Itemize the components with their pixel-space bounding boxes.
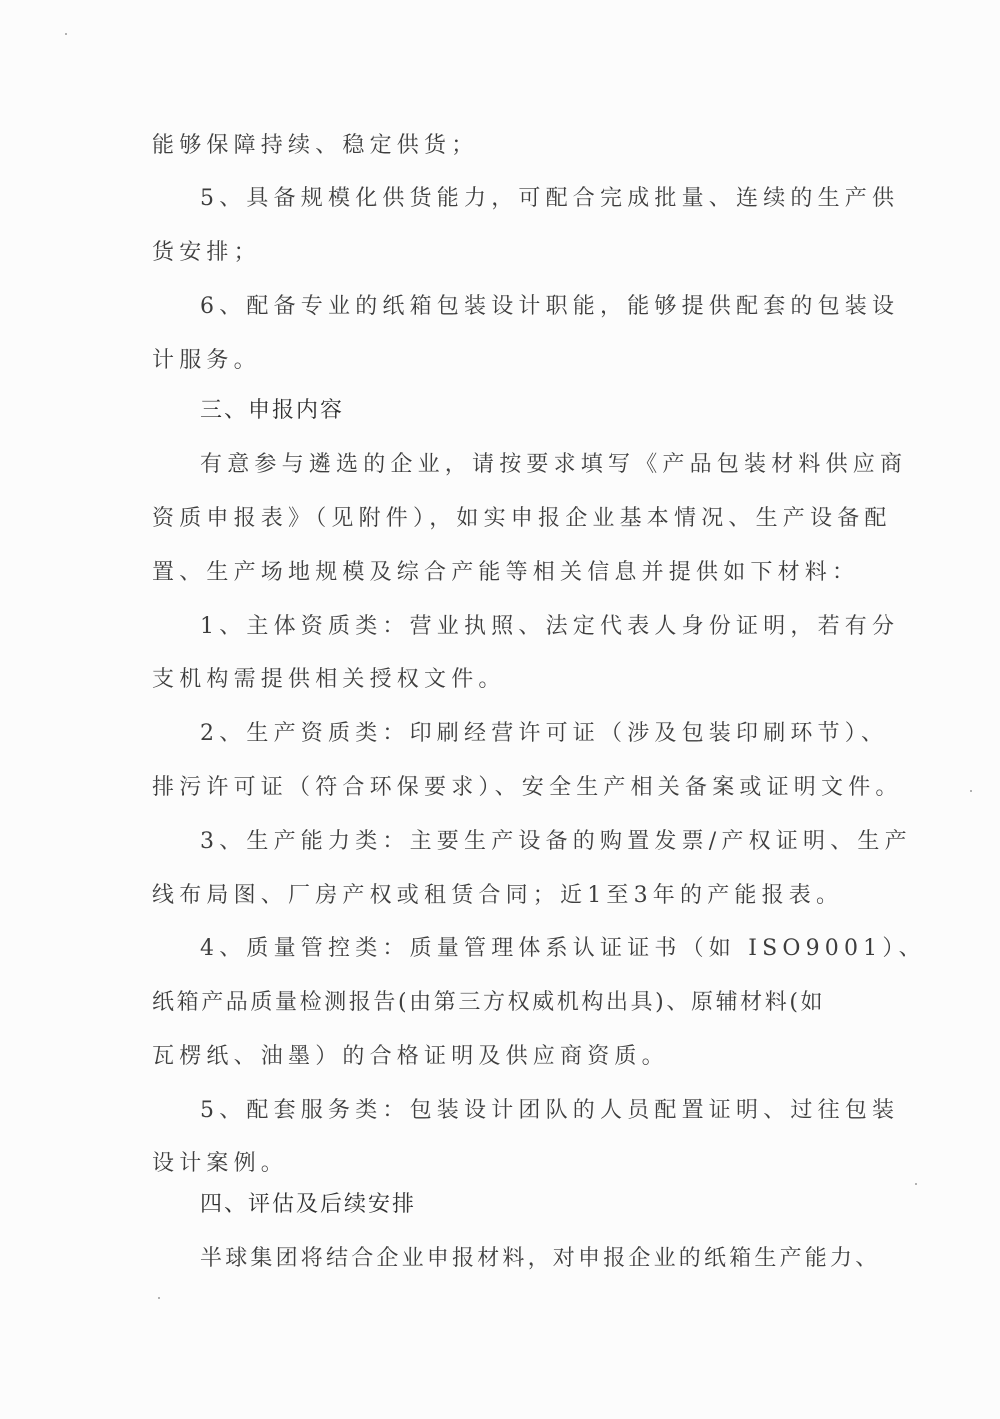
section3-intro-line-1: 有意参与遴选的企业，请按要求填写《产品包装材料供应商 [200,450,907,480]
scan-speck [65,33,67,35]
material-item-5-line-2: 设计案例。 [152,1149,288,1179]
material-item-2-line-2: 排污许可证（符合环保要求）、安全生产相关备案或证明文件。 [152,773,903,803]
scan-speck [158,1297,160,1299]
scan-speck [970,790,972,792]
material-item-4-line-2: 纸箱产品质量检测报告(由第三方权威机构出具)、原辅材料(如 [152,988,825,1018]
material-item-2-line-1: 2、生产资质类：印刷经营许可证（涉及包装印刷环节）、 [200,719,888,749]
list-item-5-line-2: 货安排； [152,238,261,268]
material-item-1-line-1: 1、主体资质类：营业执照、法定代表人身份证明，若有分 [200,612,899,642]
paragraph-line: 能够保障持续、稳定供货； [152,131,478,161]
list-item-6-line-2: 计服务。 [152,346,261,376]
list-item-5-line-1: 5、具备规模化供货能力，可配合完成批量、连续的生产供 [200,184,899,214]
section3-intro-line-2: 资质申报表》（见附件），如实申报企业基本情况、生产设备配 [152,504,892,534]
section-heading-4: 四、评估及后续安排 [200,1190,416,1220]
list-item-6-line-1: 6、配备专业的纸箱包装设计职能，能够提供配套的包装设 [200,292,899,322]
scan-speck [915,1183,917,1185]
section-heading-3: 三、申报内容 [200,396,344,426]
material-item-3-line-2: 线布局图、厂房产权或租赁合同；近1至3年的产能报表。 [152,881,843,911]
material-item-5-line-1: 5、配套服务类：包装设计团队的人员配置证明、过往包装 [200,1096,899,1126]
material-item-4-line-1: 4、质量管控类：质量管理体系认证证书（如 ISO9001）、 [200,934,926,964]
material-item-1-line-2: 支机构需提供相关授权文件。 [152,665,506,695]
section3-intro-line-3: 置、生产场地规模及综合产能等相关信息并提供如下材料： [152,558,859,588]
scanned-document-page: 能够保障持续、稳定供货； 5、具备规模化供货能力，可配合完成批量、连续的生产供 … [0,0,1000,1419]
section4-intro-line-1: 半球集团将结合企业申报材料，对申报企业的纸箱生产能力、 [200,1244,880,1274]
material-item-4-line-3: 瓦楞纸、油墨）的合格证明及供应商资质。 [152,1042,669,1072]
material-item-3-line-1: 3、生产能力类：主要生产设备的购置发票/产权证明、生产 [200,827,912,857]
